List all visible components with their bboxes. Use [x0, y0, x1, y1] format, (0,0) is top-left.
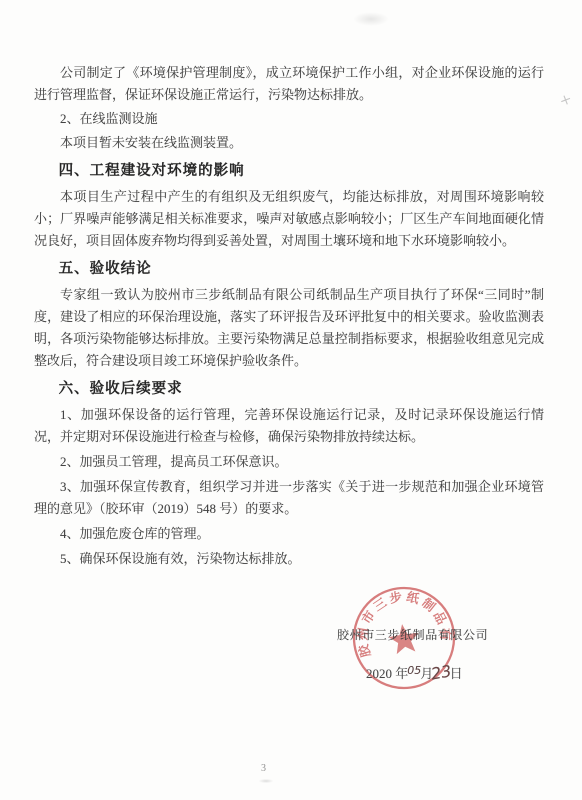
svg-text:胶州市三步纸制品有限公司: 胶州市三步纸制品有限公司 — [333, 566, 455, 661]
date-year-printed: 2020 年 — [366, 666, 408, 681]
requirement-item-2: 2、加强员工管理，提高员工环保意识。 — [34, 451, 544, 473]
requirement-item-4: 4、加强危废仓库的管理。 — [34, 523, 544, 545]
requirement-item-3: 3、加强环保宣传教育，组织学习并进一步落实《关于进一步规范和加强企业环境管理的意… — [34, 476, 544, 520]
list-item-online-monitor: 2、在线监测设施 — [34, 108, 544, 130]
scan-mark: × — [557, 91, 573, 109]
date-day-handwritten: 23 — [430, 661, 453, 683]
paragraph-env-mgmt: 公司制定了《环境保护管理制度》，成立环境保护工作小组，对企业环保设施的运行进行管… — [34, 62, 544, 106]
requirement-item-5: 5、确保环保设施有效，污染物达标排放。 — [34, 548, 544, 570]
signature-date: 2020 年05月23日 — [366, 663, 463, 682]
seal-arc-text: 胶州市三步纸制品有限公司 — [333, 566, 455, 661]
section-heading-five: 五、验收结论 — [34, 258, 544, 280]
section-heading-six: 六、验收后续要求 — [34, 378, 544, 400]
company-name: 胶州市三步纸制品有限公司 — [337, 626, 488, 643]
requirement-item-1: 1、加强环保设备的运行管理，完善环保设施运行记录，及时记录环保设施运行情况，并定… — [34, 404, 544, 448]
page-number-smudge — [259, 779, 273, 783]
document-body: 公司制定了《环境保护管理制度》，成立环境保护工作小组，对企业环保设施的运行进行管… — [34, 62, 544, 573]
paragraph-no-device: 本项目暂未安装在线监测装置。 — [34, 132, 544, 154]
scanned-document-page: × 公司制定了《环境保护管理制度》，成立环境保护工作小组，对企业环保设施的运行进… — [0, 0, 582, 800]
paragraph-impact: 本项目生产过程中产生的有组织及无组织废气，均能达标排放，对周围环境影响较小；厂界… — [34, 186, 544, 252]
section-heading-four: 四、工程建设对环境的影响 — [34, 160, 544, 182]
paragraph-conclusion: 专家组一致认为胶州市三步纸制品有限公司纸制品生产项目执行了环保“三同时”制度，建… — [34, 284, 544, 372]
page-number: 3 — [261, 763, 266, 774]
date-month-handwritten: 05 — [407, 664, 421, 677]
scan-smudge — [353, 12, 389, 26]
